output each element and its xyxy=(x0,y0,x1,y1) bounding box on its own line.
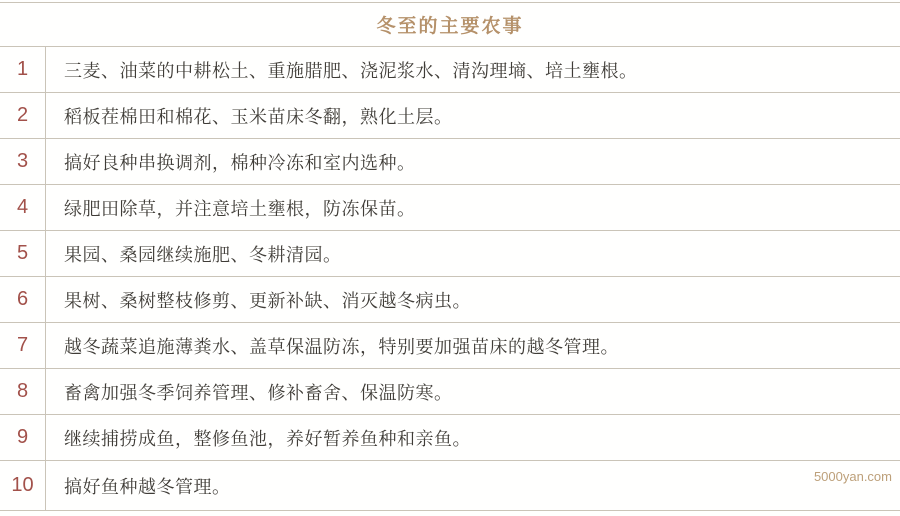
row-number: 8 xyxy=(0,369,46,414)
table-row: 7 越冬蔬菜追施薄粪水、盖草保温防冻，特别要加强苗床的越冬管理。 xyxy=(0,323,900,369)
row-number: 6 xyxy=(0,277,46,322)
table-row: 6 果树、桑树整枝修剪、更新补缺、消灭越冬病虫。 xyxy=(0,277,900,323)
row-text: 继续捕捞成鱼，整修鱼池，养好暂养鱼种和亲鱼。 xyxy=(46,415,900,460)
page-title: 冬至的主要农事 xyxy=(376,11,523,38)
row-text: 畜禽加强冬季饲养管理、修补畜舍、保温防寒。 xyxy=(46,369,900,414)
row-text: 果园、桑园继续施肥、冬耕清园。 xyxy=(46,231,900,276)
row-text: 果树、桑树整枝修剪、更新补缺、消灭越冬病虫。 xyxy=(46,277,900,322)
row-number: 7 xyxy=(0,323,46,368)
table-row: 9 继续捕捞成鱼，整修鱼池，养好暂养鱼种和亲鱼。 xyxy=(0,415,900,461)
table-row: 8 畜禽加强冬季饲养管理、修补畜舍、保温防寒。 xyxy=(0,369,900,415)
row-text: 越冬蔬菜追施薄粪水、盖草保温防冻，特别要加强苗床的越冬管理。 xyxy=(46,323,900,368)
table-row: 5 果园、桑园继续施肥、冬耕清园。 xyxy=(0,231,900,277)
table-row: 1 三麦、油菜的中耕松土、重施腊肥、浇泥浆水、清沟理墒、培土壅根。 xyxy=(0,47,900,93)
title-row: 冬至的主要农事 xyxy=(0,3,900,47)
table-row: 2 稻板茬棉田和棉花、玉米苗床冬翻，熟化土层。 xyxy=(0,93,900,139)
row-number: 2 xyxy=(0,93,46,138)
table-row: 4 绿肥田除草，并注意培土壅根，防冻保苗。 xyxy=(0,185,900,231)
row-text: 绿肥田除草，并注意培土壅根，防冻保苗。 xyxy=(46,185,900,230)
row-text: 搞好鱼种越冬管理。 xyxy=(46,461,900,510)
row-number: 10 xyxy=(0,461,46,510)
table-row: 10 搞好鱼种越冬管理。 5000yan.com xyxy=(0,461,900,511)
watermark-text: 5000yan.com xyxy=(814,469,892,484)
farming-activities-table: 冬至的主要农事 1 三麦、油菜的中耕松土、重施腊肥、浇泥浆水、清沟理墒、培土壅根… xyxy=(0,0,900,516)
row-text: 三麦、油菜的中耕松土、重施腊肥、浇泥浆水、清沟理墒、培土壅根。 xyxy=(46,47,900,92)
row-text: 搞好良种串换调剂，棉种冷冻和室内选种。 xyxy=(46,139,900,184)
row-number: 5 xyxy=(0,231,46,276)
row-number: 9 xyxy=(0,415,46,460)
table-row: 3 搞好良种串换调剂，棉种冷冻和室内选种。 xyxy=(0,139,900,185)
row-number: 3 xyxy=(0,139,46,184)
row-text: 稻板茬棉田和棉花、玉米苗床冬翻，熟化土层。 xyxy=(46,93,900,138)
row-number: 1 xyxy=(0,47,46,92)
row-number: 4 xyxy=(0,185,46,230)
